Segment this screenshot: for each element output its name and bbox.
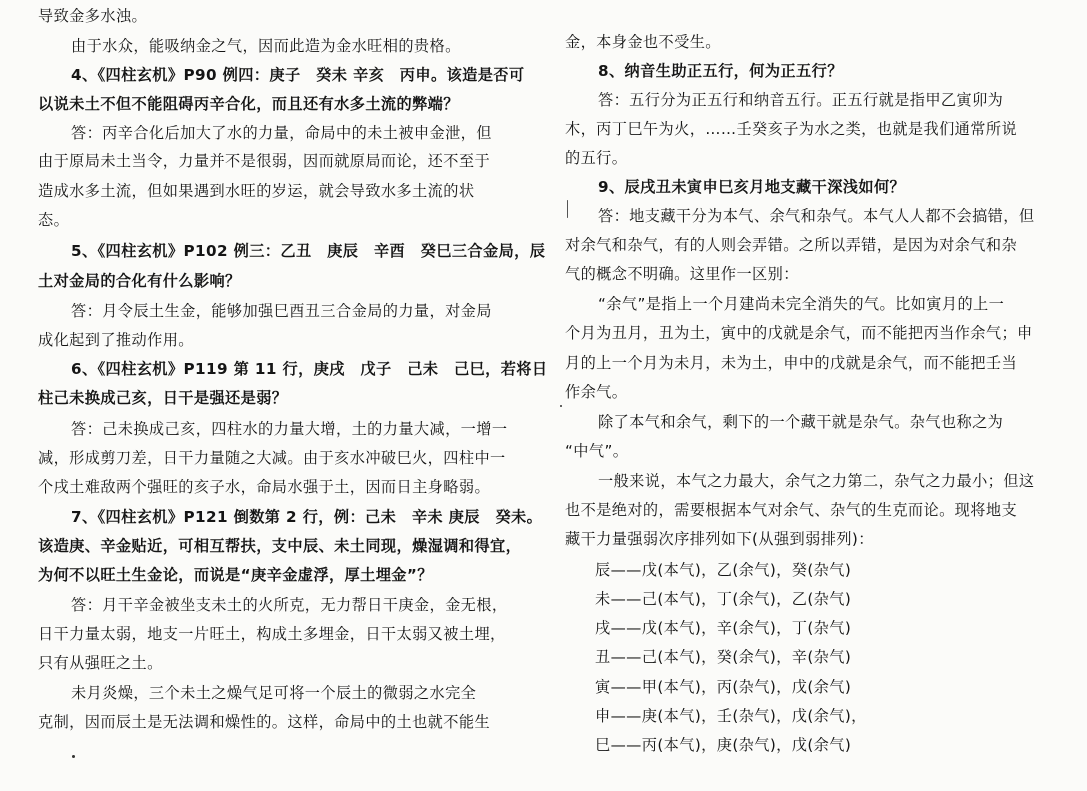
text-line: 金，本身金也不受生。	[565, 32, 721, 52]
question-7-heading: 7、《四柱玄机》P121 倒数第 2 行，例：己未 辛未 庚辰 癸未。	[71, 507, 542, 527]
question-4-heading: 4、《四柱玄机》P90 例四：庚子 癸未 辛亥 丙申。该造是否可	[71, 65, 524, 85]
scan-speck	[560, 405, 562, 407]
hidden-stem-item: 丑——己(本气)，癸(余气)，辛(杂气)	[595, 647, 851, 667]
answer-7-line: 日干力量太弱，地支一片旺土，构成土多埋金，日干太弱又被土埋，	[38, 624, 506, 644]
scan-speck	[72, 755, 75, 758]
answer-4-line: 由于原局未土当令，力量并不是很弱，因而就原局而论，还不至于	[38, 151, 490, 171]
text-line: 导致金多水浊。	[38, 6, 147, 26]
question-4-heading-cont: 以说未土不但不能阻碍丙辛合化，而且还有水多土流的弊端？	[38, 94, 459, 114]
question-6-heading-cont: 柱己未换成己亥，日干是强还是弱？	[38, 388, 287, 408]
answer-7-line: 答：月干辛金被坐支未土的火所克，无力帮日干庚金，金无根，	[71, 595, 507, 615]
text-line: 由于水众，能吸纳金之气，因而此造为金水旺相的贵格。	[71, 36, 461, 56]
answer-7-line: 克制，因而辰土是无法调和燥性的。这样，命局中的土也就不能生	[38, 712, 490, 732]
question-5-heading: 5、《四柱玄机》P102 例三：乙丑 庚辰 辛酉 癸巳三合金局，辰	[71, 241, 545, 261]
answer-8-line: 木，丙丁巳午为火，……壬癸亥子为水之类，也就是我们通常所说	[565, 119, 1017, 139]
scanned-book-page: 导致金多水浊。 由于水众，能吸纳金之气，因而此造为金水旺相的贵格。 4、《四柱玄…	[0, 0, 1087, 791]
answer-7-line: 未月炎燥，三个未土之燥气足可将一个辰土的微弱之水完全	[71, 683, 476, 703]
answer-9-line: 答：地支藏干分为本气、余气和杂气。本气人人都不会搞错，但	[598, 206, 1034, 226]
answer-9-line: 一般来说，本气之力最大，余气之力第二，杂气之力最小；但这	[598, 471, 1034, 491]
answer-7-line: 只有从强旺之土。	[38, 653, 163, 673]
answer-6-line: 答：己未换成己亥，四柱水的力量大增，土的力量大减，一增一	[71, 419, 507, 439]
answer-9-line: “中气”。	[565, 441, 628, 461]
hidden-stem-item: 未——己(本气)，丁(余气)，乙(杂气)	[595, 589, 851, 609]
answer-9-line: 对余气和杂气，有的人则会弄错。之所以弄错，是因为对余气和杂	[565, 235, 1017, 255]
answer-5-line: 成化起到了推动作用。	[38, 330, 194, 350]
hidden-stem-item: 辰——戊(本气)，乙(余气)，癸(杂气)	[595, 560, 851, 580]
hidden-stem-item: 戌——戊(本气)，辛(余气)，丁(杂气)	[595, 618, 851, 638]
answer-4-line: 态。	[38, 210, 69, 230]
hidden-stem-item: 申——庚(本气)，壬(杂气)，戊(余气)，	[595, 706, 867, 726]
answer-4-line: 答：丙辛合化后加大了水的力量，命局中的未土被申金泄，但	[71, 123, 492, 143]
scan-mark	[567, 200, 568, 218]
answer-6-line: 个戌土难敌两个强旺的亥子水，命局水强于土，因而日主身略弱。	[38, 477, 490, 497]
hidden-stem-item: 巳——丙(本气)，庚(杂气)，戊(余气)	[595, 735, 851, 755]
answer-9-line: 个月为丑月，丑为土，寅中的戊就是余气，而不能把丙当作余气；申	[565, 323, 1033, 343]
question-8-heading: 8、纳音生助正五行，何为正五行？	[598, 61, 843, 81]
answer-6-line: 减，形成剪刀差，日干力量随之大减。由于亥水冲破巳火，四柱中一	[38, 448, 506, 468]
answer-4-line: 造成水多土流，但如果遇到水旺的岁运，就会导致水多土流的状	[38, 181, 474, 201]
answer-9-line: “余气”是指上一个月建尚未完全消失的气。比如寅月的上一	[598, 294, 1004, 314]
answer-9-line: 藏干力量强弱次序排列如下(从强到弱排列)：	[565, 529, 874, 549]
hidden-stem-item: 寅——甲(本气)，丙(杂气)，戊(余气)	[595, 677, 851, 697]
answer-9-line: 也不是绝对的，需要根据本气对余气、杂气的生克而论。现将地支	[565, 500, 1017, 520]
answer-8-line: 的五行。	[565, 148, 627, 168]
question-5-heading-cont: 土对金局的合化有什么影响？	[38, 271, 241, 291]
question-6-heading: 6、《四柱玄机》P119 第 11 行，庚戌 戊子 己未 己巳，若将日	[71, 359, 548, 379]
answer-9-line: 作余气。	[565, 382, 627, 402]
question-7-heading-cont: 该造庚、辛金贴近，可相互帮扶，支中辰、未土同现，燥湿调和得宜，	[38, 536, 521, 556]
question-7-heading-cont: 为何不以旺土生金论，而说是“庚辛金虚浮，厚土埋金”？	[38, 565, 433, 585]
question-9-heading: 9、辰戌丑未寅申巳亥月地支藏干深浅如何？	[598, 177, 905, 197]
answer-8-line: 答：五行分为正五行和纳音五行。正五行就是指甲乙寅卯为	[598, 90, 1003, 110]
answer-9-line: 除了本气和余气，剩下的一个藏干就是杂气。杂气也称之为	[598, 412, 1003, 432]
answer-5-line: 答：月令辰土生金，能够加强巳酉丑三合金局的力量，对金局	[71, 301, 492, 321]
answer-9-line: 气的概念不明确。这里作一区别：	[565, 264, 799, 284]
answer-9-line: 月的上一个月为未月，未为土，申中的戊就是余气，而不能把壬当	[565, 353, 1017, 373]
